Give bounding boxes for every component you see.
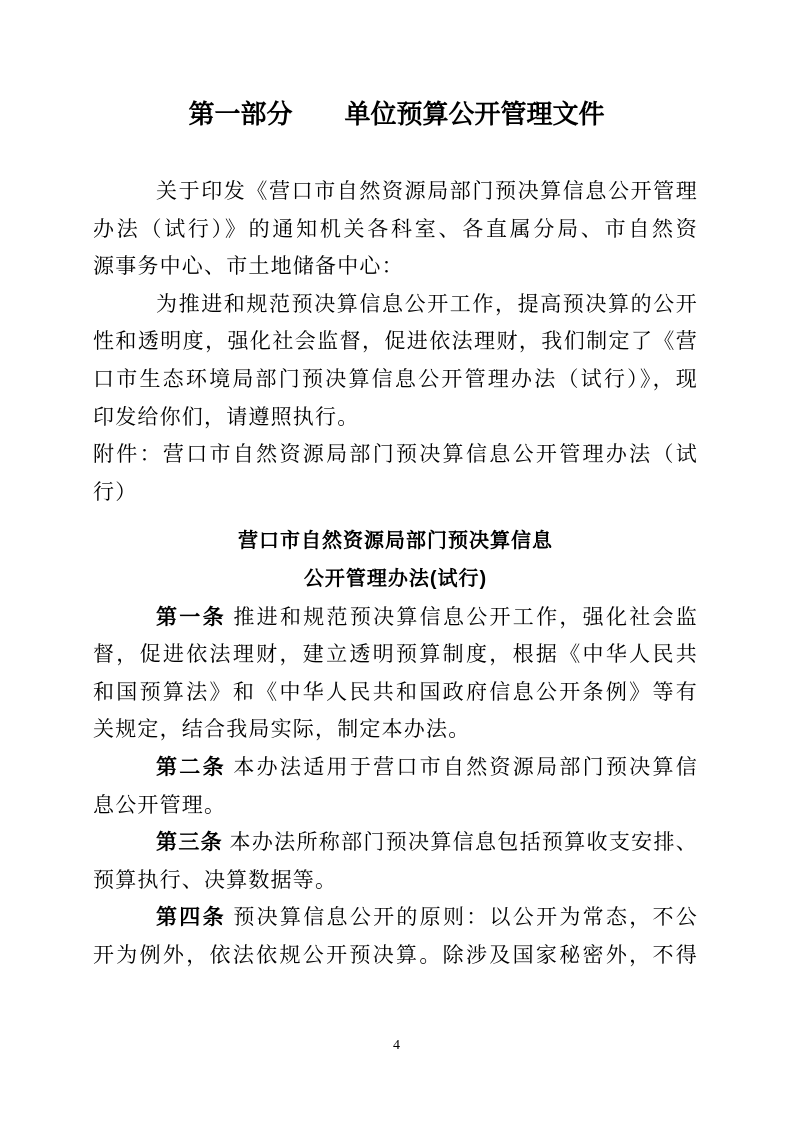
text-line: 第四条 预决算信息公开的原则：以公开为常态，不公 [93,899,698,937]
paragraph: 第四条 预决算信息公开的原则：以公开为常态，不公开为例外，依法依规公开预决算。除… [93,899,698,974]
paragraph: 为推进和规范预决算信息公开工作，提高预决算的公开性和透明度，强化社会监督，促进依… [93,286,698,436]
heading-line: 营口市自然资源局部门预决算信息 [93,523,698,561]
text-line: 预算执行、决算数据等。 [93,862,698,900]
document-title: 第一部分 单位预算公开管理文件 [0,98,793,132]
text-line: 口市生态环境局部门预决算信息公开管理办法（试行）》，现 [93,361,698,399]
article-number: 第四条 [156,906,226,929]
text-line: 第二条 本办法适用于营口市自然资源局部门预决算信 [93,749,698,787]
text-line: 办法（试行）》的通知机关各科室、各直属分局、市自然资 [93,211,698,249]
text-line: 关规定，结合我局实际，制定本办法。 [93,711,698,749]
text-line: 附件：营口市自然资源局部门预决算信息公开管理办法（试 [93,436,698,474]
paragraph: 第二条 本办法适用于营口市自然资源局部门预决算信息公开管理。 [93,749,698,824]
article-number: 第三条 [156,831,223,854]
text-line: 关于印发《营口市自然资源局部门预决算信息公开管理 [93,173,698,211]
text-line: 性和透明度，强化社会监督，促进依法理财，我们制定了《营 [93,323,698,361]
section-heading: 营口市自然资源局部门预决算信息公开管理办法(试行) [93,523,698,598]
paragraph: 第三条 本办法所称部门预决算信息包括预算收支安排、预算执行、决算数据等。 [93,824,698,899]
text-line: 第三条 本办法所称部门预决算信息包括预算收支安排、 [93,824,698,862]
paragraph: 第一条 推进和规范预决算信息公开工作，强化社会监督，促进依法理财，建立透明预算制… [93,599,698,749]
article-number: 第一条 [156,606,226,629]
text-line: 行） [93,474,698,512]
article-number: 第二条 [156,756,226,779]
text-line: 第一条 推进和规范预决算信息公开工作，强化社会监 [93,599,698,637]
page-number: 4 [0,1037,793,1055]
text-line: 息公开管理。 [93,787,698,825]
document-page: 第一部分 单位预算公开管理文件 关于印发《营口市自然资源局部门预决算信息公开管理… [0,0,793,1122]
text-line: 开为例外，依法依规公开预决算。除涉及国家秘密外，不得 [93,937,698,975]
text-line: 为推进和规范预决算信息公开工作，提高预决算的公开 [93,286,698,324]
heading-line: 公开管理办法(试行) [93,561,698,599]
text-line: 督，促进依法理财，建立透明预算制度，根据《中华人民共 [93,636,698,674]
text-line: 和国预算法》和《中华人民共和国政府信息公开条例》等有 [93,674,698,712]
text-line: 印发给你们，请遵照执行。 [93,399,698,437]
paragraph: 附件：营口市自然资源局部门预决算信息公开管理办法（试行） [93,436,698,511]
document-body: 关于印发《营口市自然资源局部门预决算信息公开管理办法（试行）》的通知机关各科室、… [93,173,698,974]
text-line: 源事务中心、市土地储备中心： [93,248,698,286]
paragraph: 关于印发《营口市自然资源局部门预决算信息公开管理办法（试行）》的通知机关各科室、… [93,173,698,286]
